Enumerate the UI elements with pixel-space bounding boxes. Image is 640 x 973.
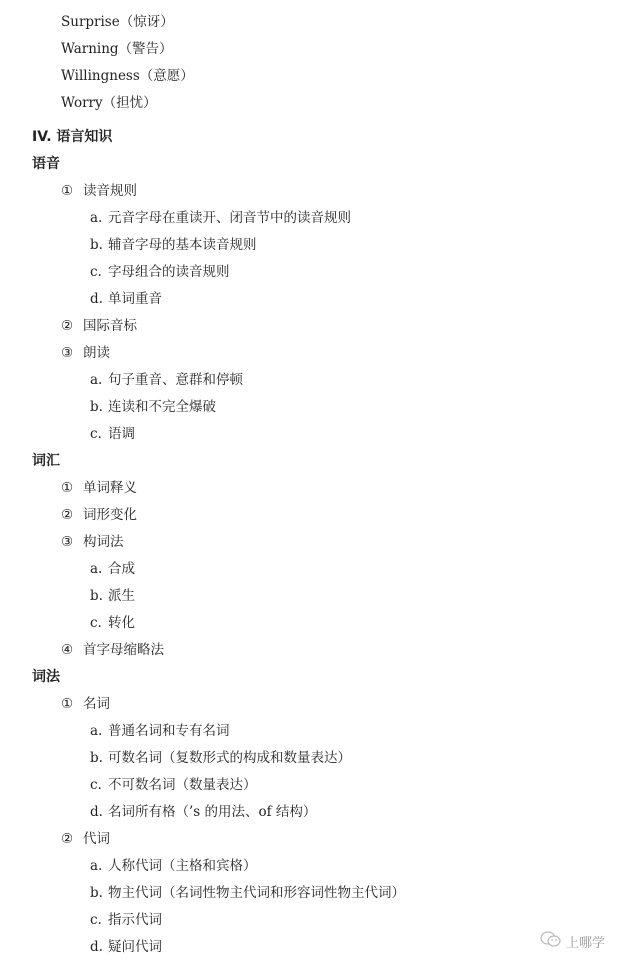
sub-item: c.指示代词	[90, 911, 162, 929]
sub-item: a.普通名词和专有名词	[90, 722, 230, 740]
attitude-item: Willingness（意愿）	[61, 67, 194, 85]
sub-item: c.语调	[90, 425, 135, 443]
list-item: ①单词释义	[61, 479, 137, 497]
section-title: IV. 语言知识	[32, 128, 112, 146]
sub-item: d.名词所有格（’s 的用法、of 结构）	[90, 803, 316, 821]
sub-item: b.派生	[90, 587, 135, 605]
sub-item: c.转化	[90, 614, 135, 632]
sub-item: a.人称代词（主格和宾格）	[90, 857, 257, 875]
sub-item: b.可数名词（复数形式的构成和数量表达）	[90, 749, 351, 767]
sub-item: c.字母组合的读音规则	[90, 263, 230, 281]
list-item: ①读音规则	[61, 182, 137, 200]
heading-phonetics: 语音	[32, 155, 60, 173]
sub-item: b.物主代词（名词性物主代词和形容词性物主代词）	[90, 884, 405, 902]
list-item: ④首字母缩略法	[61, 641, 164, 659]
sub-item: b.连读和不完全爆破	[90, 398, 216, 416]
attitude-item: Warning（警告）	[61, 40, 173, 58]
wechat-icon	[540, 930, 562, 952]
list-item: ③朗读	[61, 344, 110, 362]
list-item: ②代词	[61, 830, 110, 848]
sub-item: a.元音字母在重读开、闭音节中的读音规则	[90, 209, 351, 227]
list-item: ②国际音标	[61, 317, 137, 335]
attitude-item: Worry（担忧）	[61, 94, 157, 112]
sub-item: d.单词重音	[90, 290, 162, 308]
sub-item: b.辅音字母的基本读音规则	[90, 236, 257, 254]
sub-item: a.句子重音、意群和停顿	[90, 371, 243, 389]
sub-item: d.疑问代词	[90, 938, 162, 956]
watermark: 上哪学	[540, 930, 605, 952]
sub-item: c.不可数名词（数量表达）	[90, 776, 257, 794]
heading-vocabulary: 词汇	[32, 452, 60, 470]
list-item: ①名词	[61, 695, 110, 713]
sub-item: a.合成	[90, 560, 135, 578]
heading-morphology: 词法	[32, 668, 60, 686]
attitude-item: Surprise（惊讶）	[61, 13, 174, 31]
watermark-text: 上哪学	[566, 932, 605, 951]
list-item: ③构词法	[61, 533, 124, 551]
list-item: ②词形变化	[61, 506, 137, 524]
